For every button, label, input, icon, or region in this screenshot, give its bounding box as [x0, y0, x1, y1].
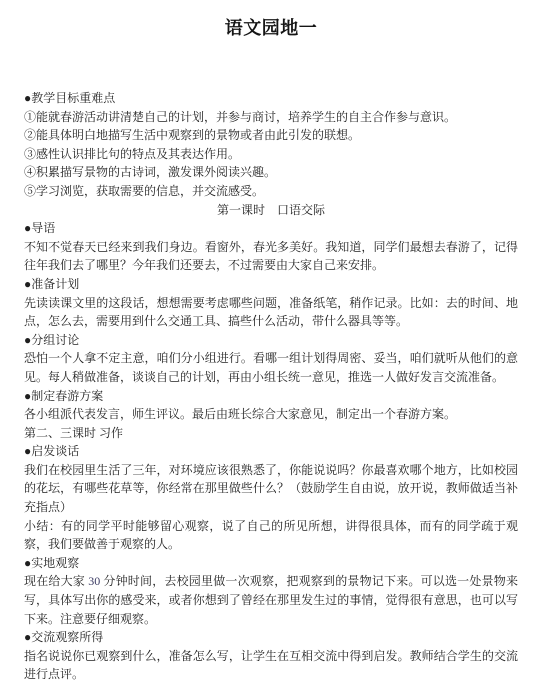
text-segment: ●教学目标重难点 [24, 91, 115, 105]
text-segment: 先读读课文里的这段话，想想需要考虑哪些问题，准备纸笔，稍作记录。比如：去的时间、… [24, 296, 518, 329]
section-heading-objectives: ●教学目标重难点 [24, 89, 518, 108]
text-segment: ●交流观察所得 [24, 630, 103, 644]
text-segment: ●分组讨论 [24, 333, 79, 347]
text-segment: ③感性认识排比句的特点及其表达作用。 [24, 147, 240, 161]
section-heading-field-observe: ●实地观察 [24, 554, 518, 573]
text-segment: ●实地观察 [24, 556, 79, 570]
paragraph-summary: 小结：有的同学平时能够留心观察，说了自己的所见所想，讲得很具体，而有的同学疏于观… [24, 517, 518, 554]
objective-item-3: ③感性认识排比句的特点及其表达作用。 [24, 145, 518, 164]
minutes-number: 30 [88, 574, 100, 588]
lesson-title-second: 第二、三课时 习作 [24, 424, 518, 443]
text-segment: 小结：有的同学平时能够留心观察，说了自己的所见所想，讲得很具体，而有的同学疏于观… [24, 519, 518, 552]
text-segment: 恐怕一个人拿不定主意，咱们分小组进行。看哪一组计划得周密、妥当，咱们就听从他们的… [24, 351, 518, 384]
paragraph-plan: 先读读课文里的这段话，想想需要考虑哪些问题，准备纸笔，稍作记录。比如：去的时间、… [24, 294, 518, 331]
text-segment: ①能就春游活动讲清楚自己的计划，并参与商讨，培养学生的自主合作参与意识。 [24, 110, 456, 124]
text-segment: 第二、三课时 习作 [24, 426, 123, 440]
section-heading-plan: ●准备计划 [24, 275, 518, 294]
text-segment: 不知不觉春天已经来到我们身边。看窗外，春光多美好。我知道，同学们最想去春游了，记… [24, 240, 518, 273]
text-segment: 第一课时 口语交际 [217, 203, 325, 217]
text-segment: ●导语 [24, 221, 55, 235]
text-segment: ●制定春游方案 [24, 389, 103, 403]
objective-item-4: ④积累描写景物的古诗词，激发课外阅读兴趣。 [24, 163, 518, 182]
text-segment: 各小组派代表发言，师生评议。最后由班长综合大家意见，制定出一个春游方案。 [24, 407, 456, 421]
paragraph-inspire-talk: 我们在校园里生活了三年，对环境应该很熟悉了，你能说说吗？你最喜欢哪个地方，比如校… [24, 461, 518, 517]
text-segment: 我们在校园里生活了三年，对环境应该很熟悉了，你能说说吗？你最喜欢哪个地方，比如校… [24, 463, 518, 514]
section-heading-intro: ●导语 [24, 219, 518, 238]
text-segment: ●启发谈话 [24, 444, 79, 458]
objective-item-5: ⑤学习浏览，获取需要的信息，并交流感受。 [24, 182, 518, 201]
paragraph-make-scheme: 各小组派代表发言，师生评议。最后由班长综合大家意见，制定出一个春游方案。 [24, 405, 518, 424]
section-heading-group-discuss: ●分组讨论 [24, 331, 518, 350]
section-heading-make-scheme: ●制定春游方案 [24, 387, 518, 406]
document-page: 语文园地一 ●教学目标重难点①能就春游活动讲清楚自己的计划，并参与商讨，培养学生… [0, 0, 542, 688]
section-heading-exchange: ●交流观察所得 [24, 628, 518, 647]
paragraph-field-observe: 现在给大家 30 分钟时间，去校园里做一次观察，把观察到的景物记下来。可以选一处… [24, 572, 518, 628]
document-body: ●教学目标重难点①能就春游活动讲清楚自己的计划，并参与商讨，培养学生的自主合作参… [24, 89, 518, 684]
text-segment: 现在给大家 [24, 574, 88, 588]
text-segment: ④积累描写景物的古诗词，激发课外阅读兴趣。 [24, 165, 276, 179]
lesson-title-first: 第一课时 口语交际 [24, 201, 518, 220]
text-segment: ⑤学习浏览，获取需要的信息，并交流感受。 [24, 184, 264, 198]
text-segment: ②能具体明白地描写生活中观察到的景物或者由此引发的联想。 [24, 128, 360, 142]
objective-item-2: ②能具体明白地描写生活中观察到的景物或者由此引发的联想。 [24, 126, 518, 145]
section-heading-inspire-talk: ●启发谈话 [24, 442, 518, 461]
page-title: 语文园地一 [24, 16, 518, 40]
text-segment: ●准备计划 [24, 277, 79, 291]
paragraph-exchange: 指名说说你已观察到什么，准备怎么写，让学生在互相交流中得到启发。教师结合学生的交… [24, 647, 518, 684]
paragraph-intro: 不知不觉春天已经来到我们身边。看窗外，春光多美好。我知道，同学们最想去春游了，记… [24, 238, 518, 275]
paragraph-group-discuss: 恐怕一个人拿不定主意，咱们分小组进行。看哪一组计划得周密、妥当，咱们就听从他们的… [24, 349, 518, 386]
objective-item-1: ①能就春游活动讲清楚自己的计划，并参与商讨，培养学生的自主合作参与意识。 [24, 108, 518, 127]
text-segment: 指名说说你已观察到什么，准备怎么写，让学生在互相交流中得到启发。教师结合学生的交… [24, 649, 518, 682]
